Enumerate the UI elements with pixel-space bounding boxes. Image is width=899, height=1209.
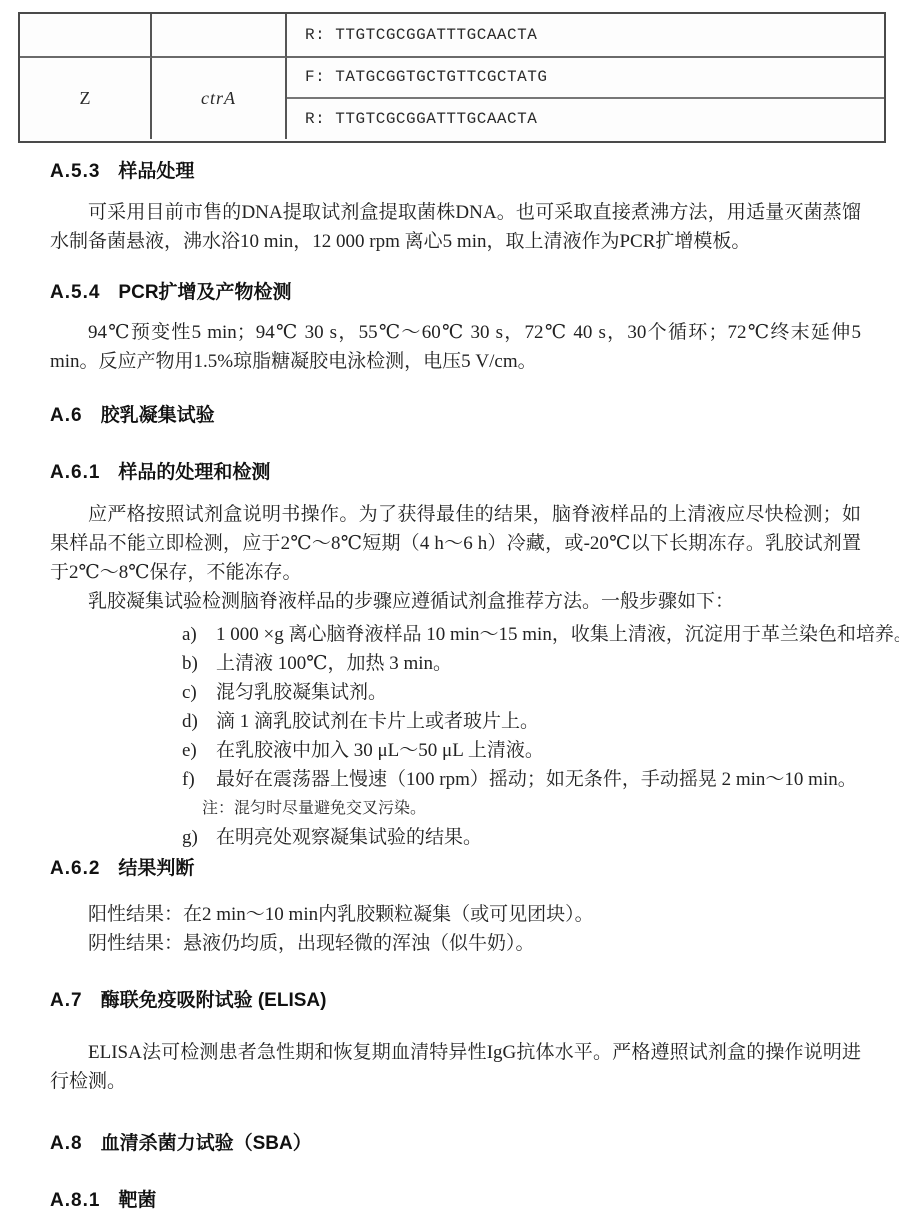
list-item-text: 最好在震荡器上慢速（100 rpm）摇动；如无条件，手动摇晃 2 min～10 … [216,769,857,790]
list-item-text: 上清液 100℃，加热 3 min。 [216,653,452,674]
heading-title: 酶联免疫吸附试验 (ELISA) [101,990,327,1011]
serogroup-label: Z [80,84,91,113]
list-item-label: b) [182,649,216,678]
heading-number: A.6.2 [50,858,100,879]
heading-a62: A.6.2结果判断 [50,858,861,880]
list-item-text: 1 000 ×g 离心脑脊液样品 10 min～15 min，收集上清液，沉淀用… [216,624,899,645]
heading-a6: A.6胶乳凝集试验 [50,405,861,427]
latex-steps-list: a)1 000 ×g 离心脑脊液样品 10 min～15 min，收集上清液，沉… [182,620,861,794]
note-cross-contamination: 注：混匀时尽量避免交叉污染。 [202,794,861,823]
heading-number: A.8.1 [50,1190,100,1209]
table-cell-gene-empty [152,14,287,58]
result-negative: 阴性结果：悬液仍均质，出现轻微的浑浊（似牛奶）。 [88,929,861,958]
primer-sequence: F: TATGCGGTGCTGTTCGCTATG [305,63,547,92]
heading-number: A.8 [50,1133,83,1154]
heading-a8: A.8血清杀菌力试验（SBA） [50,1133,861,1155]
heading-a53: A.5.3样品处理 [50,161,861,183]
result-positive: 阳性结果：在2 min～10 min内乳胶颗粒凝集（或可见团块）。 [88,900,861,929]
list-item-e: e)在乳胶液中加入 30 μL～50 μL 上清液。 [182,736,861,765]
heading-title: PCR扩增及产物检测 [118,282,291,303]
heading-a81: A.8.1靶菌 [50,1190,861,1209]
heading-number: A.5.4 [50,282,100,303]
table-cell-serogroup-empty [20,14,152,58]
heading-title: 结果判断 [118,858,194,879]
heading-title: 靶菌 [118,1190,156,1209]
list-item-text: 滴 1 滴乳胶试剂在卡片上或者玻片上。 [216,711,539,732]
table-cell-serogroup-z: Z [20,58,152,139]
list-item-label: d) [182,707,216,736]
paragraph-elisa: ELISA法可检测患者急性期和恢复期血清特异性IgG抗体水平。严格遵照试剂盒的操… [50,1038,861,1096]
primer-table: R: TTGTCGCGGATTTGCAACTA Z ctrA F: TATGCG… [18,12,886,143]
list-item-label: a) [182,620,216,649]
list-item-text: 在乳胶液中加入 30 μL～50 μL 上清液。 [216,740,544,761]
list-item-c: c)混匀乳胶凝集试剂。 [182,678,861,707]
heading-title: 样品处理 [118,161,194,182]
paragraph-latex-steps-intro: 乳胶凝集试验检测脑脊液样品的步骤应遵循试剂盒推荐方法。一般步骤如下： [50,587,861,616]
heading-title: 样品的处理和检测 [118,462,270,483]
list-item-d: d)滴 1 滴乳胶试剂在卡片上或者玻片上。 [182,707,861,736]
list-item-text: 混匀乳胶凝集试剂。 [216,682,387,703]
list-item-a: a)1 000 ×g 离心脑脊液样品 10 min～15 min，收集上清液，沉… [182,620,861,649]
table-cell-forward-primer: F: TATGCGGTGCTGTTCGCTATG [287,58,884,99]
gene-name: ctrA [201,84,236,113]
paragraph-sample-processing: 可采用目前市售的DNA提取试剂盒提取菌株DNA。也可采取直接煮沸方法，用适量灭菌… [50,198,861,256]
heading-number: A.5.3 [50,161,100,182]
list-item-text: 在明亮处观察凝集试验的结果。 [216,827,482,848]
list-item-b: b)上清液 100℃，加热 3 min。 [182,649,861,678]
heading-number: A.7 [50,990,83,1011]
list-item-g: g)在明亮处观察凝集试验的结果。 [182,823,861,852]
paragraph-latex-sample-handling: 应严格按照试剂盒说明书操作。为了获得最佳的结果，脑脊液样品的上清液应尽快检测；如… [50,500,861,587]
document-page: R: TTGTCGCGGATTTGCAACTA Z ctrA F: TATGCG… [0,0,899,1209]
heading-a54: A.5.4PCR扩增及产物检测 [50,282,861,304]
table-cell-reverse-primer: R: TTGTCGCGGATTTGCAACTA [287,14,884,58]
heading-a61: A.6.1样品的处理和检测 [50,462,861,484]
heading-number: A.6 [50,405,83,426]
document-body: A.5.3样品处理 可采用目前市售的DNA提取试剂盒提取菌株DNA。也可采取直接… [0,143,899,1209]
heading-a7: A.7酶联免疫吸附试验 (ELISA) [50,990,861,1012]
list-item-label: e) [182,736,216,765]
list-item-f: f)最好在震荡器上慢速（100 rpm）摇动；如无条件，手动摇晃 2 min～1… [182,765,861,794]
list-item-label: c) [182,678,216,707]
table-cell-reverse-primer: R: TTGTCGCGGATTTGCAACTA [287,99,884,139]
paragraph-pcr-conditions: 94℃预变性5 min；94℃ 30 s，55℃～60℃ 30 s，72℃ 40… [50,318,861,376]
primer-sequence: R: TTGTCGCGGATTTGCAACTA [305,105,537,134]
latex-steps-list-cont: g)在明亮处观察凝集试验的结果。 [182,823,861,852]
table-cell-gene-ctra: ctrA [152,58,287,139]
heading-title: 胶乳凝集试验 [101,405,215,426]
list-item-label: g) [182,823,216,852]
primer-sequence: R: TTGTCGCGGATTTGCAACTA [305,21,537,50]
heading-title: 血清杀菌力试验（SBA） [101,1133,312,1154]
heading-number: A.6.1 [50,462,100,483]
list-item-label: f) [182,765,216,794]
